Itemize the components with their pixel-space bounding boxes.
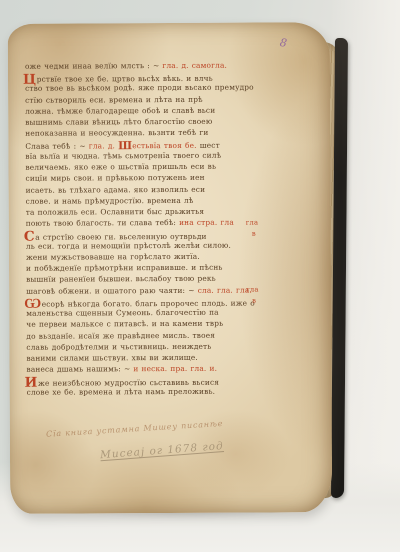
ink-text: до вьзданїе. исаїя же правѣднее мисль. т… <box>26 330 215 340</box>
folio-number: 8 <box>279 36 288 50</box>
manuscript-text-line: ство твое вь вьсѣком родѣ. яже проди вьс… <box>25 82 273 95</box>
ink-text: стїю сьтвориль еси. времена и лѣта на пр… <box>25 95 203 105</box>
ink-text: оже чедми инаа велїю млсть : ~ <box>25 61 163 71</box>
rubric-initial: Ц <box>23 71 36 87</box>
ink-text: ванеса дшамь нашимь: ~ <box>27 365 134 375</box>
ink-text: жени мужьствовавше на горѣслато житїа. <box>26 252 200 262</box>
ink-text: ложна. тѣмже благодареще обоѣ и славѣ вь… <box>25 106 215 116</box>
ink-text: вышнїи раненїеи бывшеи. вьслабоу твою ре… <box>26 274 216 284</box>
ink-text: че первеи мальксе с питавсѣ. и на камени… <box>26 319 223 329</box>
rubric-text: гла. д. <box>89 141 118 150</box>
handwritten-annotation-line2: Мисеај ог 1678 год <box>100 437 270 462</box>
rubric-initial: С <box>24 229 35 245</box>
manuscript-text-line: слове хе бе. времена и лѣта намь преложи… <box>27 385 275 398</box>
ink-text: исаеть. вь тлѣхаго адама. яко изволиль е… <box>26 184 206 194</box>
ink-text: величаемь. яко еже о шьствїа пришьль еси… <box>25 162 216 172</box>
margin-rubric-note: гла <box>246 220 259 227</box>
ink-text: ство твое вь вьсѣком родѣ. яже проди вьс… <box>25 83 254 93</box>
rubric-text: ина стра. гла <box>179 218 234 227</box>
photo-background: 8 оже чедми инаа велїю млсть : ~ гла. д.… <box>0 0 400 552</box>
ink-text: и побѣжденїе прѣмотрѣни исправивше. и пѣ… <box>26 263 223 273</box>
ink-text: маленьства сщенныи Сумеонь. благочестїю … <box>26 308 219 318</box>
ink-text: слове хе бе. времена и лѣта намь преложи… <box>27 387 216 397</box>
ink-text: Слава тебѣ : ~ <box>25 141 88 150</box>
ink-text: шест <box>200 140 220 149</box>
manuscript-text-block: оже чедми инаа велїю млсть : ~ гла. д. с… <box>25 59 275 397</box>
ink-text: слове. и намь прѣмудростїю. времена лѣ <box>26 196 194 206</box>
ink-text: вышнимь слави вѣниць лѣто благостїю свое… <box>25 117 212 127</box>
ink-text: поють твою благость. ти слава тебѣ: <box>26 218 179 228</box>
ink-text: ваними силами шьствуи. хвы ви жилище. <box>26 353 197 363</box>
margin-notes: главглав <box>8 22 330 24</box>
ink-text: непоказанна и неосужденна. вьзнти тебѣ г… <box>25 128 208 138</box>
ink-text: сицїи мирь свои. и прѣвькою потужень иен <box>26 173 205 183</box>
ink-text: шаговѣ обжени. и ошатого раю чаяти: ~ <box>26 286 198 296</box>
rubric-text: естьвїа твоя бе. <box>132 140 200 149</box>
rubric-text: гла. д. самогла. <box>162 61 227 70</box>
ink-text: славь добродѣтелми и чьстивниць. неиждет… <box>26 342 211 352</box>
ink-text: та положиль еси. Ославнити быс дрьжитья <box>26 207 204 217</box>
rubric-text: и неска. пра. гла. и. <box>133 364 217 373</box>
manuscript-page: 8 оже чедми инаа велїю млсть : ~ гла. д.… <box>8 22 333 514</box>
rubric-initial: Ѡ <box>24 296 41 312</box>
margin-rubric-note: в <box>252 231 256 238</box>
rubric-text: Ш <box>118 139 132 152</box>
margin-rubric-note: в <box>252 298 256 305</box>
rubric-initial: И <box>25 375 38 391</box>
ink-text: ль еси. тогда и немощнїи прѣстолѣ желѣи … <box>26 240 231 250</box>
manuscript-text-line: Ѡесорѣ нѣкогда богато. благь пророчес пл… <box>26 295 274 308</box>
margin-rubric-note: гла <box>246 287 259 294</box>
rubric-text: сла. гла. гла. <box>198 285 252 294</box>
handwritten-annotation-line1: Сїа книга устамна Мишеу писанѣе <box>46 416 266 438</box>
